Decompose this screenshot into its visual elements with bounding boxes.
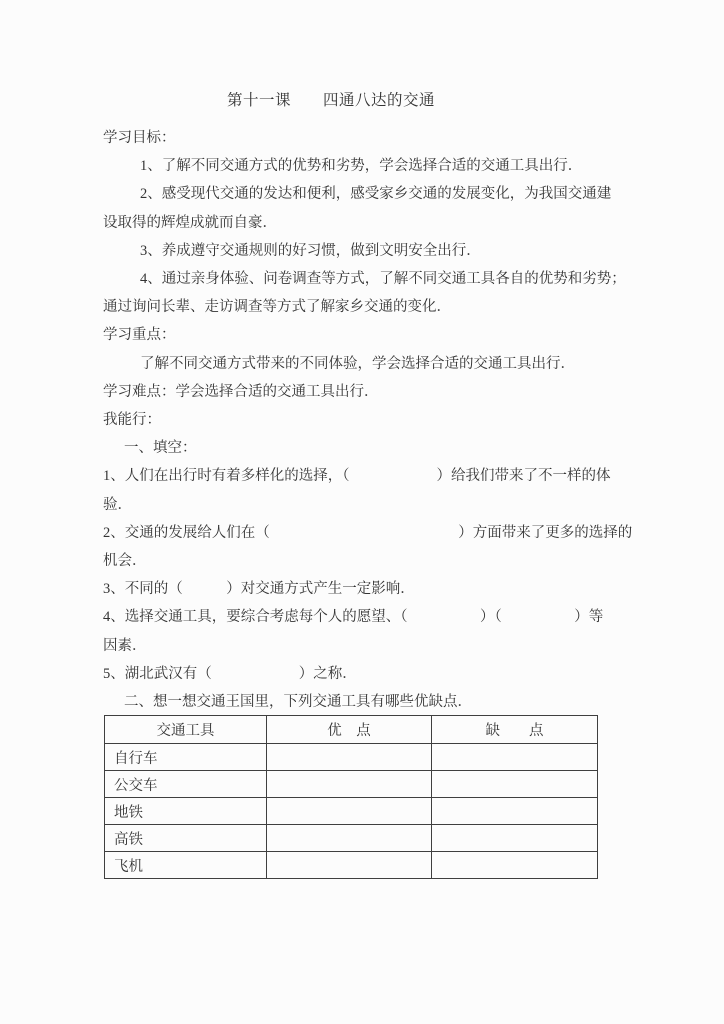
objective-item-4: 4、通过亲身体验、问卷调查等方式，了解不同交通工具各自的优势和劣势； 通过询问长…	[103, 265, 643, 321]
pros-cell-empty	[267, 825, 432, 852]
section-heading-fill-blanks: 一、填空：	[103, 434, 643, 462]
lesson-title: 第十一课 四通八达的交通	[103, 86, 643, 116]
objective-item-1: 1、了解不同交通方式的优势和劣势，学会选择合适的交通工具出行．	[103, 152, 643, 180]
section-heading-i-can: 我能行：	[103, 406, 643, 434]
tool-cell: 地铁	[105, 798, 267, 825]
question-3: 3、不同的（ ）对交通方式产生一定影响．	[103, 575, 643, 603]
pros-cell-empty	[267, 798, 432, 825]
pros-cell-empty	[267, 771, 432, 798]
cons-cell-empty	[432, 771, 598, 798]
section-heading-think: 二、想一想交通王国里，下列交通工具有哪些优缺点．	[103, 688, 643, 716]
table-row: 高铁	[105, 825, 598, 852]
table-row: 地铁	[105, 798, 598, 825]
objective-item-2: 2、感受现代交通的发达和便利，感受家乡交通的发展变化，为我国交通建 设取得的辉煌…	[103, 180, 643, 236]
cons-cell-empty	[432, 825, 598, 852]
difficulty-line: 学习难点：学会选择合适的交通工具出行．	[103, 378, 643, 406]
cons-cell-empty	[432, 852, 598, 879]
tool-cell: 高铁	[105, 825, 267, 852]
tool-cell: 自行车	[105, 744, 267, 771]
tool-cell: 飞机	[105, 852, 267, 879]
pros-cons-table: 交通工具 优 点 缺 点 自行车 公交车 地铁 高铁	[104, 715, 598, 879]
document-page: 第十一课 四通八达的交通 学习目标： 1、了解不同交通方式的优势和劣势，学会选择…	[0, 0, 724, 1024]
cons-cell-empty	[432, 744, 598, 771]
objective-item-3: 3、养成遵守交通规则的好习惯，做到文明安全出行．	[103, 237, 643, 265]
header-cell-cons: 缺 点	[432, 716, 598, 744]
question-5: 5、湖北武汉有（ ）之称．	[103, 660, 643, 688]
tool-cell: 公交车	[105, 771, 267, 798]
header-cell-pros: 优 点	[267, 716, 432, 744]
table-row: 飞机	[105, 852, 598, 879]
key-points-body: 了解不同交通方式带来的不同体验，学会选择合适的交通工具出行．	[103, 350, 643, 378]
question-2: 2、交通的发展给人们在（ ）方面带来了更多的选择的 机会．	[103, 519, 643, 575]
section-heading-key-points: 学习重点：	[103, 321, 643, 349]
question-1: 1、人们在出行时有着多样化的选择，（ ）给我们带来了不一样的体 验．	[103, 462, 643, 518]
question-4: 4、选择交通工具，要综合考虑每个人的愿望、（ ）（ ）等 因素．	[103, 603, 643, 659]
table-row: 公交车	[105, 771, 598, 798]
table-header-row: 交通工具 优 点 缺 点	[105, 716, 598, 744]
document-body: 第十一课 四通八达的交通 学习目标： 1、了解不同交通方式的优势和劣势，学会选择…	[103, 86, 643, 716]
section-heading-objectives: 学习目标：	[103, 124, 643, 152]
header-cell-tool: 交通工具	[105, 716, 267, 744]
table-row: 自行车	[105, 744, 598, 771]
cons-cell-empty	[432, 798, 598, 825]
pros-cell-empty	[267, 852, 432, 879]
pros-cell-empty	[267, 744, 432, 771]
